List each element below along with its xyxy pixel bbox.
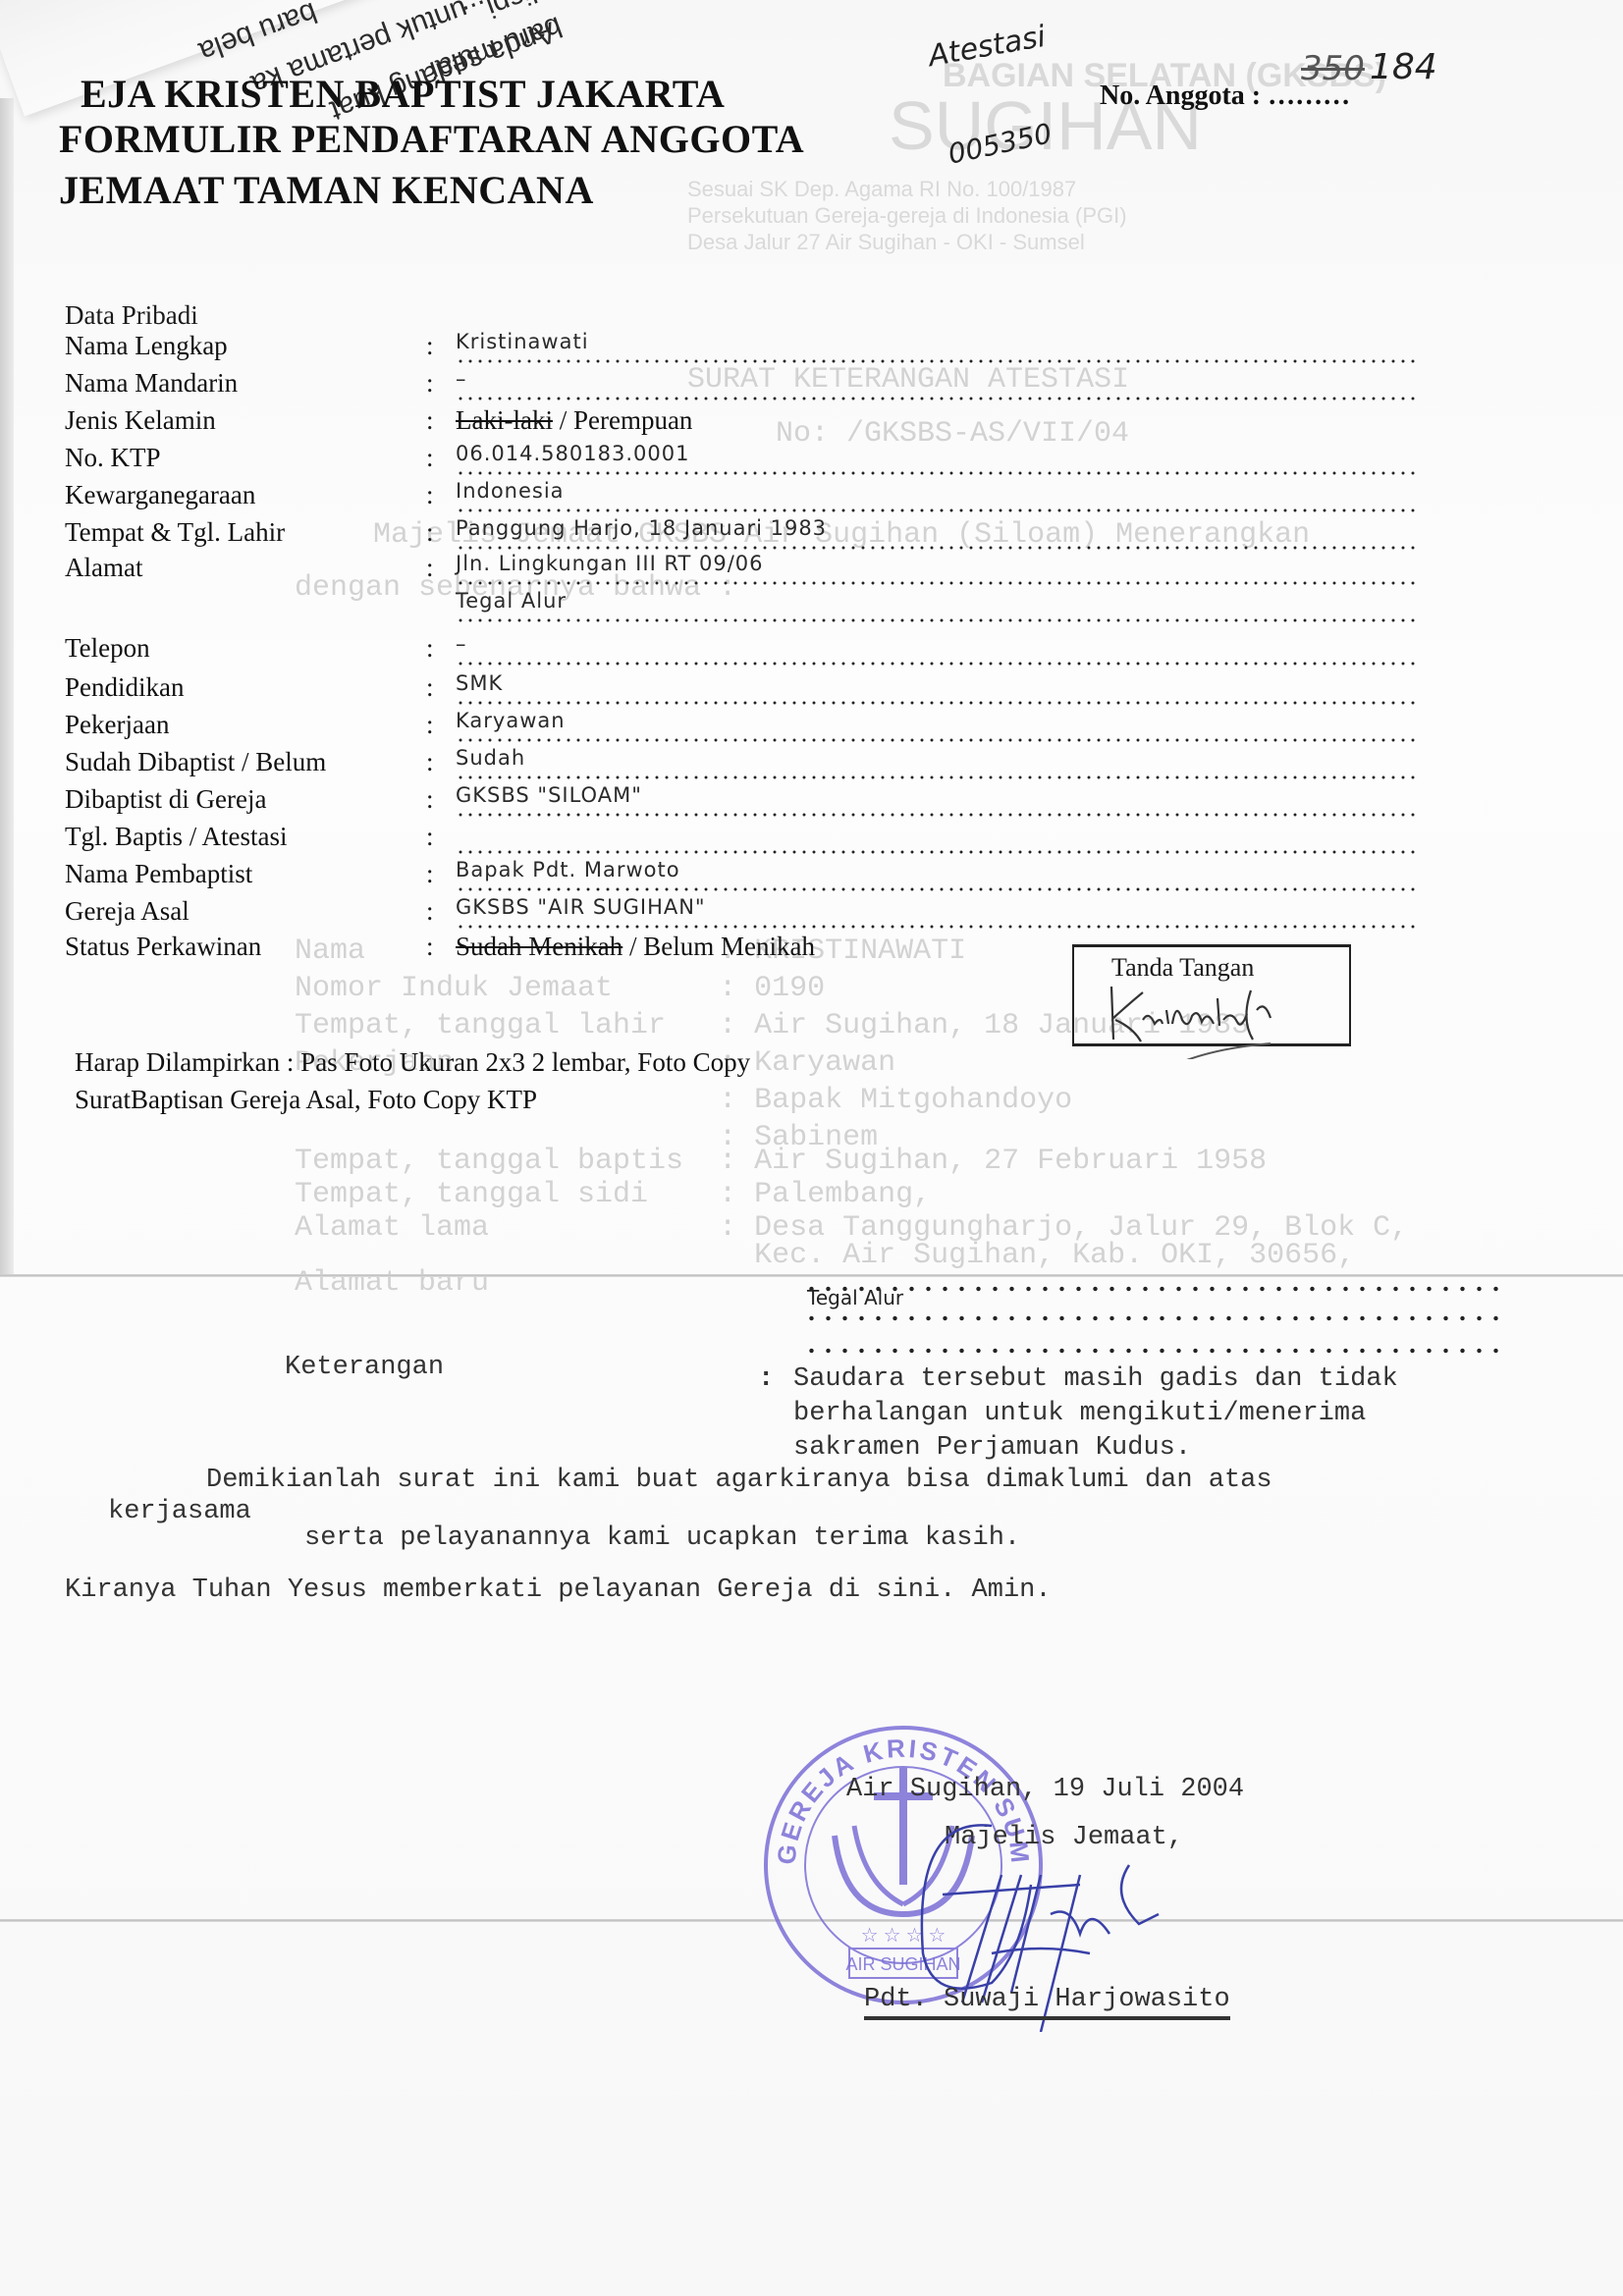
form-row: Dibaptist di Gereja:GKSBS "SILOAM" — [65, 779, 1420, 817]
field-colon: : — [426, 517, 434, 548]
field-value[interactable]: Indonesia — [456, 479, 565, 503]
field-value[interactable]: Sudah — [456, 746, 525, 770]
address-dotted-line — [803, 1315, 1510, 1321]
field-value[interactable]: 06.014.580183.0001 — [456, 442, 689, 465]
closing-paragraph-line1b: kerjasama — [108, 1497, 251, 1526]
selected-option: / Perempuan — [553, 405, 692, 435]
field-value[interactable]: GKSBS "AIR SUGIHAN" — [456, 895, 706, 919]
closing-blessing: Kiranya Tuhan Yesus memberkati pelayanan… — [65, 1575, 1052, 1605]
form-row: Nama Pembaptist:Bapak Pdt. Marwoto — [65, 854, 1420, 891]
form-row: Kewarganegaraan:Indonesia — [65, 475, 1420, 512]
applicant-signature-icon — [1104, 981, 1320, 1059]
attachment-note-line2: SuratBaptisan Gereja Asal, Foto Copy KTP — [75, 1085, 537, 1115]
field-colon: : — [426, 405, 434, 436]
field-label: Nama Mandarin — [65, 368, 238, 399]
field-colon: : — [426, 710, 434, 740]
dotted-fill-line — [456, 618, 1420, 622]
ghost-letterhead-line: Sesuai SK Dep. Agama RI No. 100/1987 — [687, 177, 1076, 202]
member-number-handwritten: 184 — [1370, 47, 1437, 87]
field-colon: : — [426, 443, 434, 473]
field-colon: : — [426, 331, 434, 361]
field-colon: : — [426, 859, 434, 889]
field-value[interactable]: Tegal Alur — [456, 589, 567, 613]
ghost-line: Alamat baru — [295, 1266, 489, 1300]
form-row: Nama Mandarin:– — [65, 363, 1420, 400]
selected-option: / Belum Menikah — [622, 932, 815, 961]
form-row: Alamat:Jln. Lingkungan III RT 09/06 — [65, 548, 1420, 585]
field-label: Status Perkawinan — [65, 932, 261, 962]
field-value[interactable]: – — [456, 632, 467, 656]
form-row: Nama Lengkap:Kristinawati — [65, 326, 1420, 363]
member-number-label: No. Anggota : — [1100, 80, 1261, 111]
form-row: Pendidikan:SMK — [65, 667, 1420, 705]
form-row: Jenis Kelamin:Laki-laki / Perempuan — [65, 400, 1420, 438]
field-label: Nama Pembaptist — [65, 859, 252, 889]
ghost-line: Tempat, tanggal sidi : Palembang, — [295, 1178, 931, 1211]
scan-edge-shadow — [0, 98, 14, 1276]
ghost-line: Tempat, tanggal baptis : Air Sugihan, 27… — [295, 1145, 1267, 1178]
ghost-line: Nomor Induk Jemaat : 0190 — [295, 972, 825, 1005]
keterangan-colon: : — [758, 1364, 774, 1394]
field-colon: : — [426, 633, 434, 664]
field-value[interactable]: Bapak Pdt. Marwoto — [456, 858, 680, 881]
dotted-fill-line — [456, 662, 1420, 666]
field-label: Telepon — [65, 633, 150, 664]
field-colon: : — [426, 747, 434, 777]
field-label: Pekerjaan — [65, 710, 169, 740]
attachment-note-line1: Harap Dilampirkan : Pas Foto Ukuran 2x3 … — [75, 1047, 750, 1078]
field-label: Dibaptist di Gereja — [65, 784, 266, 815]
signature-box: Tanda Tangan — [1072, 944, 1351, 1046]
field-value[interactable]: Kristinawati — [456, 330, 589, 353]
form-row: Gereja Asal:GKSBS "AIR SUGIHAN" — [65, 891, 1420, 929]
field-value[interactable]: Jln. Lingkungan III RT 09/06 — [456, 552, 764, 575]
field-colon: : — [426, 822, 434, 852]
field-label: Tgl. Baptis / Atestasi — [65, 822, 288, 852]
field-colon: : — [426, 480, 434, 510]
field-label: Kewarganegaraan — [65, 480, 255, 510]
signer-name: Pdt. Suwaji Harjowasito — [864, 1985, 1230, 2020]
place-date: Air Sugihan, 19 Juli 2004 — [846, 1775, 1244, 1804]
member-number-struck: 350 — [1301, 49, 1365, 88]
form-row: Tempat & Tgl. Lahir:Panggung Harjo, 18 J… — [65, 512, 1420, 550]
struck-option: Sudah Menikah — [456, 932, 622, 961]
field-colon: : — [426, 784, 434, 815]
closing-paragraph-line1: Demikianlah surat ini kami buat agarkira… — [206, 1466, 1272, 1495]
closing-paragraph-line1c: serta pelayanannya kami ucapkan terima k… — [304, 1523, 1020, 1553]
field-label: Alamat — [65, 553, 142, 583]
ghost-letterhead-line: Persekutuan Gereja-gereja di Indonesia (… — [687, 203, 1127, 229]
field-label: Tempat & Tgl. Lahir — [65, 517, 285, 548]
field-label: No. KTP — [65, 443, 161, 473]
keterangan-line: sakramen Perjamuan Kudus. — [793, 1433, 1191, 1463]
field-value[interactable]: SMK — [456, 671, 503, 695]
field-value[interactable]: GKSBS "SILOAM" — [456, 783, 642, 807]
ghost-letterhead-line: Desa Jalur 27 Air Sugihan - OKI - Sumsel — [687, 230, 1085, 255]
field-colon: : — [426, 553, 434, 583]
address-dotted-line — [803, 1348, 1510, 1354]
field-value[interactable]: Panggung Harjo, 18 Januari 1983 — [456, 516, 827, 540]
field-value[interactable]: Laki-laki / Perempuan — [456, 405, 692, 436]
form-row: :Tegal Alur — [65, 585, 1420, 622]
scanned-document-page: SUGIHAN BAGIAN SELATAN (GKSBS) Sesuai SK… — [0, 0, 1623, 2296]
field-label: Nama Lengkap — [65, 331, 228, 361]
address-dotted-line — [803, 1286, 1510, 1292]
form-row: Sudah Dibaptist / Belum:Sudah — [65, 742, 1420, 779]
paper-fold-line — [0, 1274, 1623, 1277]
field-label: Jenis Kelamin — [65, 405, 216, 436]
form-row: Pekerjaan:Karyawan — [65, 705, 1420, 742]
field-colon: : — [426, 672, 434, 703]
field-colon: : — [426, 368, 434, 399]
form-row: Telepon:– — [65, 628, 1420, 666]
field-label: Gereja Asal — [65, 896, 189, 927]
field-label: Sudah Dibaptist / Belum — [65, 747, 326, 777]
field-value[interactable]: Sudah Menikah / Belum Menikah — [456, 932, 815, 962]
struck-option: Laki-laki — [456, 405, 553, 435]
keterangan-line: Saudara tersebut masih gadis dan tidak — [793, 1364, 1398, 1394]
form-row: Tgl. Baptis / Atestasi: — [65, 817, 1420, 854]
field-colon: : — [426, 932, 434, 962]
signature-caption: Tanda Tangan — [1111, 953, 1254, 983]
keterangan-line: berhalangan untuk mengikuti/menerima — [793, 1399, 1366, 1428]
field-value[interactable]: – — [456, 367, 467, 391]
form-row: No. KTP:06.014.580183.0001 — [65, 438, 1420, 475]
field-colon: : — [426, 896, 434, 927]
field-label: Pendidikan — [65, 672, 185, 703]
congregation-heading: JEMAAT TAMAN KENCANA — [59, 167, 594, 213]
keterangan-label: Keterangan — [285, 1353, 444, 1382]
new-address-handwritten: Tegal Alur — [807, 1286, 903, 1309]
field-value[interactable]: Karyawan — [456, 709, 566, 732]
church-name-heading: EJA KRISTEN BAPTIST JAKARTA — [81, 71, 725, 117]
form-title-heading: FORMULIR PENDAFTARAN ANGGOTA — [59, 116, 804, 162]
